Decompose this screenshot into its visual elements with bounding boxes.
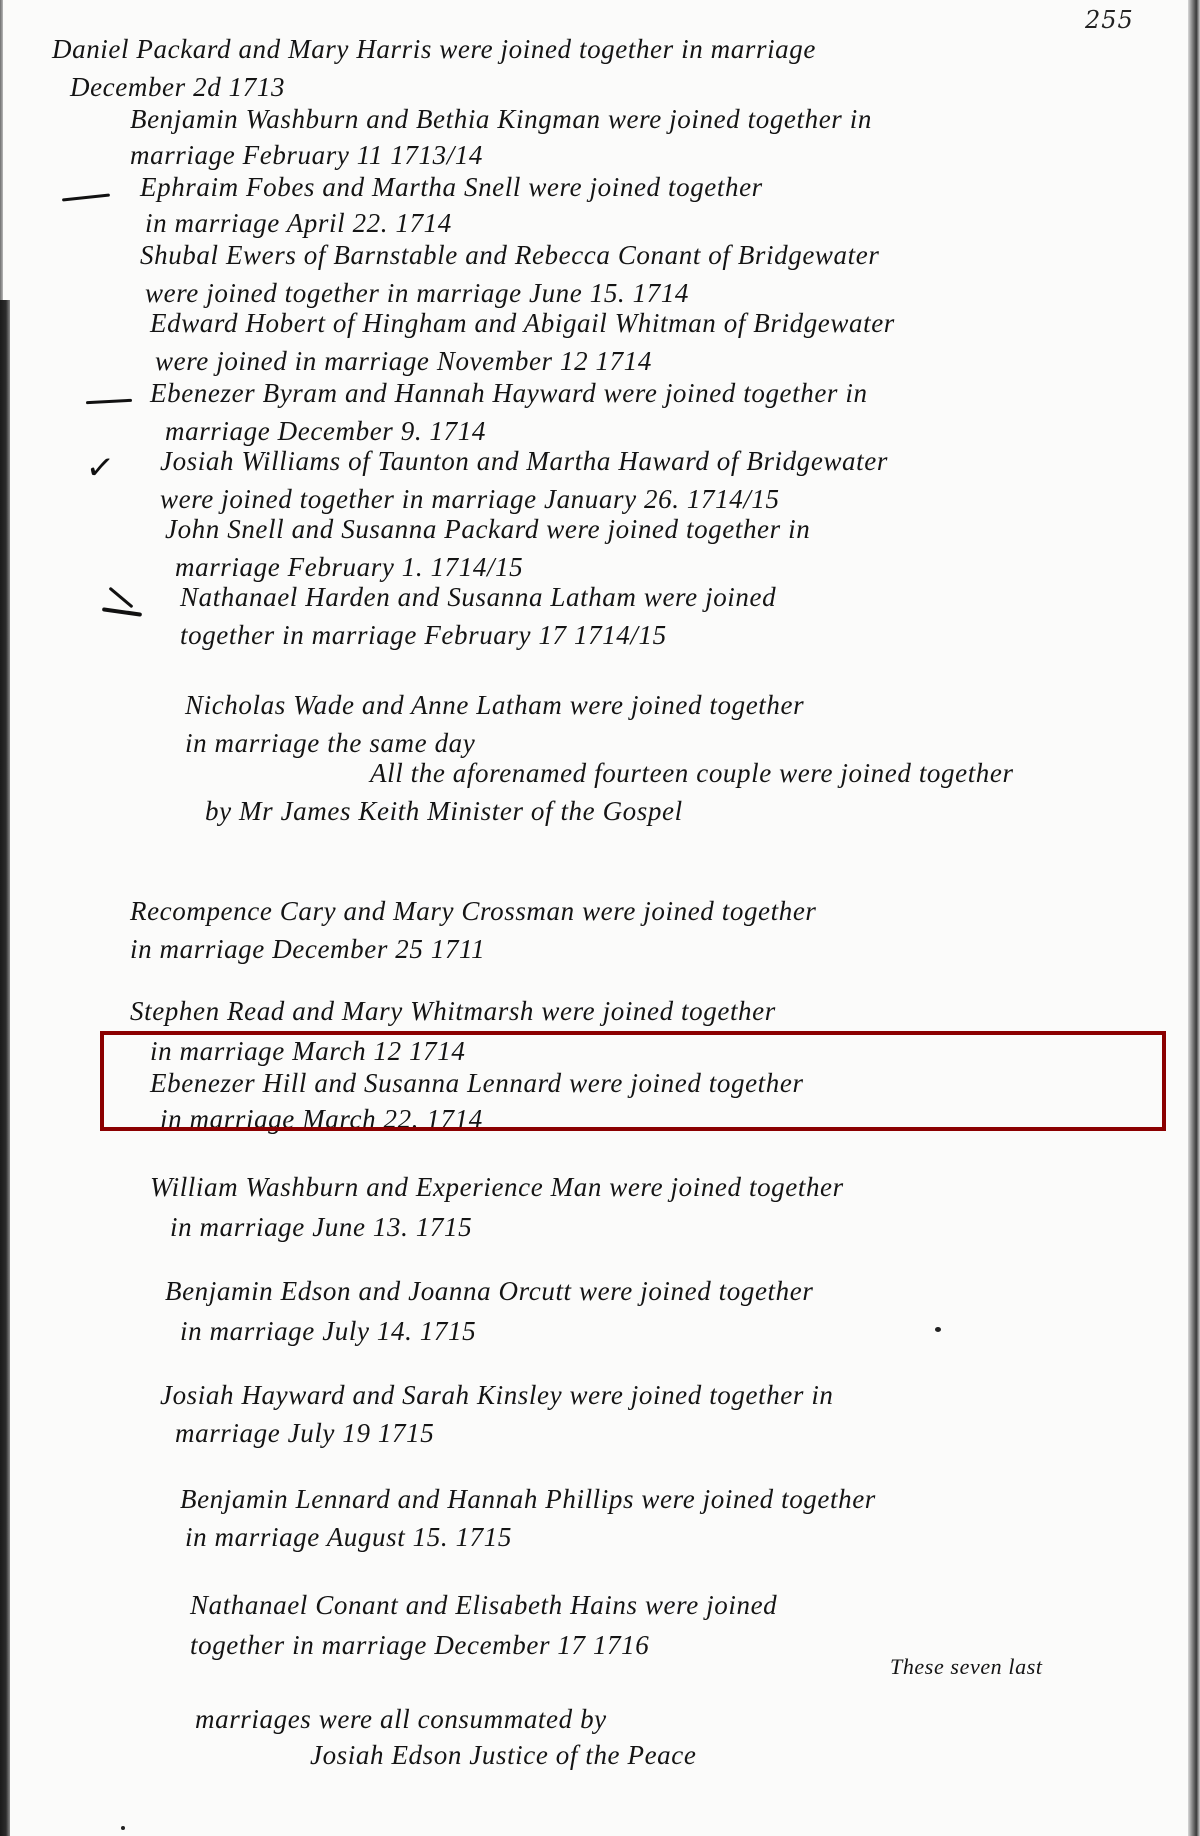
- page-number: 255: [1085, 6, 1134, 34]
- register-line: William Washburn and Experience Man were…: [150, 1172, 844, 1203]
- register-line: were joined together in marriage January…: [160, 484, 780, 515]
- left-binding-edge-dark: [0, 300, 10, 1836]
- register-line: in marriage August 15. 1715: [185, 1522, 512, 1553]
- ink-speck: [121, 1826, 125, 1830]
- margin-bracket-mark: [102, 607, 142, 617]
- register-line: Benjamin Edson and Joanna Orcutt were jo…: [165, 1276, 813, 1307]
- register-line: Recompence Cary and Mary Crossman were j…: [130, 896, 817, 927]
- margin-dash-mark: [86, 399, 132, 404]
- register-line: All the aforenamed fourteen couple were …: [370, 758, 1014, 789]
- check-mark-icon: ✓: [84, 447, 117, 490]
- register-line: Edward Hobert of Hingham and Abigail Whi…: [150, 308, 895, 339]
- register-line: in marriage December 25 1711: [130, 934, 485, 965]
- register-line: Shubal Ewers of Barnstable and Rebecca C…: [140, 240, 879, 271]
- register-line: John Snell and Susanna Packard were join…: [165, 514, 810, 545]
- register-line: Ephraim Fobes and Martha Snell were join…: [140, 172, 763, 203]
- register-line: Daniel Packard and Mary Harris were join…: [52, 34, 816, 65]
- register-line: Ebenezer Byram and Hannah Hayward were j…: [150, 378, 868, 409]
- margin-dash-mark: [62, 193, 110, 201]
- register-line: in marriage June 13. 1715: [170, 1212, 472, 1243]
- register-line: Ebenezer Hill and Susanna Lennard were j…: [150, 1068, 804, 1099]
- register-line: were joined in marriage November 12 1714: [155, 346, 652, 377]
- ink-speck: [935, 1327, 941, 1332]
- register-line: Josiah Edson Justice of the Peace: [310, 1740, 696, 1771]
- register-line: together in marriage February 17 1714/15: [180, 620, 667, 651]
- register-line: marriage February 11 1713/14: [130, 140, 483, 171]
- register-line: marriage July 19 1715: [175, 1418, 434, 1449]
- register-line: in marriage March 12 1714: [150, 1036, 465, 1067]
- register-line: Benjamin Washburn and Bethia Kingman wer…: [130, 104, 872, 135]
- register-line: in marriage the same day: [185, 728, 475, 759]
- register-page: 255 ✓ Daniel Packard and Mary Harris wer…: [0, 0, 1200, 1836]
- register-line: marriage February 1. 1714/15: [175, 552, 523, 583]
- register-line: together in marriage December 17 1716: [190, 1630, 649, 1661]
- right-page-edge: [1188, 0, 1200, 1836]
- register-line: in marriage April 22. 1714: [145, 208, 452, 239]
- register-line: in marriage March 22. 1714: [160, 1104, 483, 1135]
- margin-bracket-mark: [109, 587, 134, 609]
- register-line: Nicholas Wade and Anne Latham were joine…: [185, 690, 804, 721]
- register-line: Nathanael Conant and Elisabeth Hains wer…: [190, 1590, 777, 1621]
- left-binding-edge: [0, 0, 3, 300]
- register-line: marriage December 9. 1714: [165, 416, 486, 447]
- register-line: Josiah Williams of Taunton and Martha Ha…: [160, 446, 888, 477]
- register-line: were joined together in marriage June 15…: [145, 278, 689, 309]
- register-line: Nathanael Harden and Susanna Latham were…: [180, 582, 776, 613]
- register-line: These seven last: [890, 1654, 1043, 1680]
- register-line: December 2d 1713: [70, 72, 285, 103]
- register-line: Stephen Read and Mary Whitmarsh were joi…: [130, 996, 776, 1027]
- register-line: marriages were all consummated by: [195, 1704, 607, 1735]
- register-line: by Mr James Keith Minister of the Gospel: [205, 796, 683, 827]
- register-line: in marriage July 14. 1715: [180, 1316, 476, 1347]
- register-line: Benjamin Lennard and Hannah Phillips wer…: [180, 1484, 876, 1515]
- register-line: Josiah Hayward and Sarah Kinsley were jo…: [160, 1380, 834, 1411]
